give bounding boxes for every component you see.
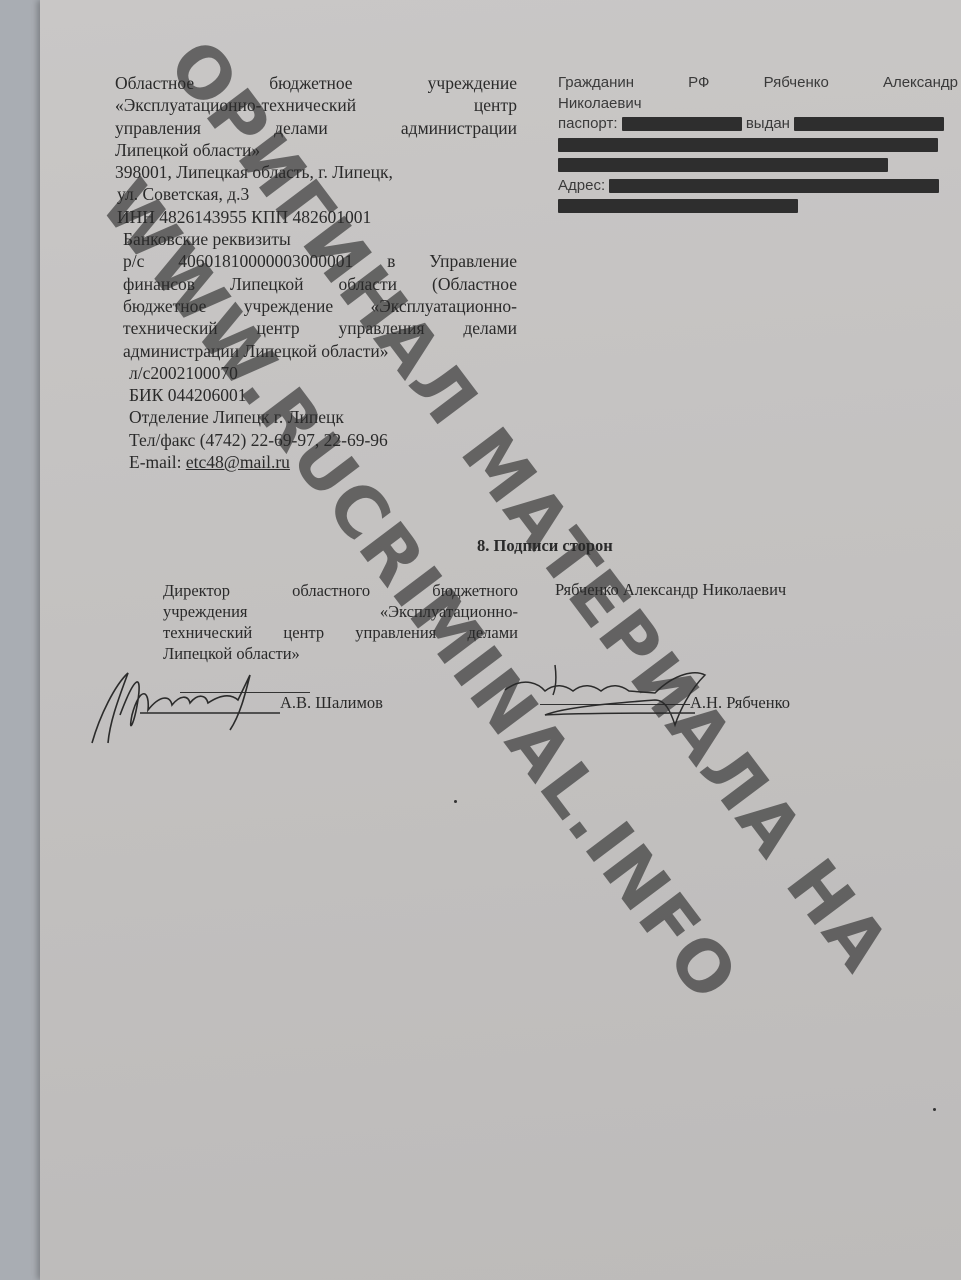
bank-account-line: р/с 40601810000003000001 в Управление	[115, 250, 517, 272]
org-name-line: «Эксплуатационно-технический центр	[115, 94, 517, 116]
bik-code: БИК 044206001	[115, 384, 517, 406]
org-address-line: ул. Советская, д.3	[115, 183, 517, 205]
paper-speck	[454, 800, 457, 803]
citizen-requisites: Гражданин РФ Рябченко Александр Николаев…	[558, 73, 958, 217]
redacted-passport-number	[622, 117, 742, 131]
personal-account: л/с2002100070	[115, 362, 517, 384]
citizen-name-line: Николаевич	[558, 94, 958, 115]
passport-issuer-line	[558, 135, 958, 156]
document-page: Областное бюджетное учреждение «Эксплуат…	[40, 0, 961, 1280]
director-title: Директор областного бюджетного учреждени…	[163, 580, 518, 664]
organization-requisites: Областное бюджетное учреждение «Эксплуат…	[115, 72, 517, 473]
passport-issuer-line	[558, 155, 958, 176]
org-address-line: 398001, Липецкая область, г. Липецк,	[115, 161, 517, 183]
org-name-line: Областное бюджетное учреждение	[115, 72, 517, 94]
address-line	[558, 196, 958, 217]
redacted-issue-date	[558, 158, 888, 172]
right-signer-name: А.Н. Рябченко	[690, 693, 790, 713]
bank-account-line: бюджетное учреждение «Эксплуатационно-	[115, 295, 517, 317]
redacted-address	[609, 179, 939, 193]
org-name-line: Липецкой области»	[115, 139, 517, 161]
paper-speck	[933, 1108, 936, 1111]
redacted-issuer	[794, 117, 944, 131]
director-title-line: Директор областного бюджетного	[163, 580, 518, 601]
email-label: E-mail:	[129, 452, 186, 472]
phone-fax: Тел/факс (4742) 22-69-97, 22-69-96	[115, 429, 517, 451]
bank-account-line: финансов Липецкой области (Областное	[115, 273, 517, 295]
issued-label: выдан	[746, 115, 790, 132]
redacted-address-continued	[558, 199, 798, 213]
citizen-name-line: Гражданин РФ Рябченко Александр	[558, 73, 958, 94]
director-title-line: технический центр управления делами	[163, 622, 518, 643]
bank-details-heading: Банковские реквизиты	[115, 228, 517, 250]
citizen-full-name: Рябченко Александр Николаевич	[555, 580, 786, 600]
org-name-line: управления делами администрации	[115, 117, 517, 139]
left-signer-name: А.В. Шалимов	[280, 693, 383, 713]
address-label: Адрес:	[558, 177, 605, 194]
bank-branch: Отделение Липецк г. Липецк	[115, 406, 517, 428]
bank-account-line: администрации Липецкой области»	[115, 340, 517, 362]
email-link[interactable]: etc48@mail.ru	[186, 452, 290, 472]
address-line: Адрес:	[558, 176, 958, 197]
passport-label: паспорт:	[558, 115, 617, 132]
signature-line-right	[540, 704, 690, 705]
handwritten-signature-left	[80, 655, 280, 750]
email-line: E-mail: etc48@mail.ru	[115, 451, 517, 473]
section-title: 8. Подписи сторон	[477, 536, 613, 556]
director-title-line: учреждения «Эксплуатационно-	[163, 601, 518, 622]
bank-account-line: технический центр управления делами	[115, 317, 517, 339]
redacted-issuer-continued	[558, 138, 938, 152]
org-tax-ids: ИНН 4826143955 КПП 482601001	[115, 206, 517, 228]
director-title-line: Липецкой области»	[163, 643, 518, 664]
passport-line: паспорт: выдан	[558, 114, 958, 135]
